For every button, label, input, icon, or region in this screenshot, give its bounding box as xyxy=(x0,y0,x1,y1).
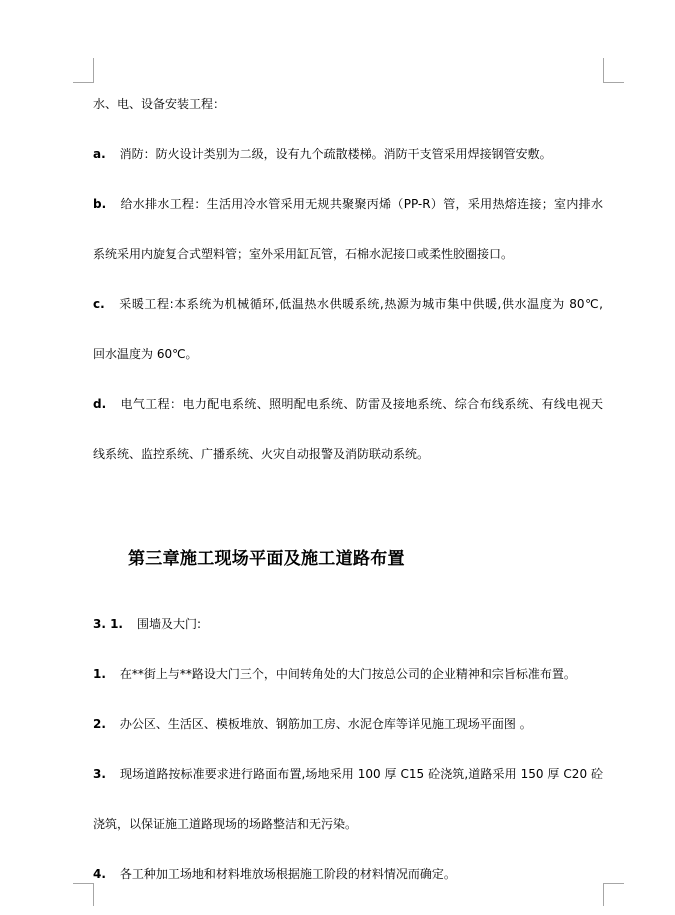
paragraph-line: 线系统、监控系统、广播系统、火灾自动报警及消防联动系统。 xyxy=(93,438,603,488)
paragraph-text: 线系统、监控系统、广播系统、火灾自动报警及消防联动系统。 xyxy=(93,447,429,461)
paragraph-text: 各工种加工场地和材料堆放场根据施工阶段的材料情况而确定。 xyxy=(120,867,456,881)
paragraph-line: 系统采用内旋复合式塑料管；室外采用缸瓦管，石棉水泥接口或柔性胶圈接口。 xyxy=(93,238,603,288)
paragraph-text: 给水排水工程：生活用冷水管采用无规共聚聚丙烯（PP-R）管，采用热熔连接；室内排… xyxy=(120,197,603,211)
paragraph-text: 电气工程：电力配电系统、照明配电系统、防雷及接地系统、综合布线系统、有线电视天 xyxy=(120,397,603,411)
list-marker: 3. xyxy=(93,767,106,781)
paragraph-line: 浇筑，以保证施工道路现场的场路整洁和无污染。 xyxy=(93,808,603,858)
paragraph-text: 围墙及大门: xyxy=(137,617,201,631)
list-marker: 2. xyxy=(93,717,106,731)
paragraph-text: 消防：防火设计类别为二级，设有九个疏散楼梯。消防干支管采用焊接钢管安敷。 xyxy=(120,147,552,161)
paragraph-text: 现场道路按标准要求进行路面布置,场地采用 100 厚 C15 砼浇筑,道路采用 … xyxy=(120,767,603,781)
list-marker: c. xyxy=(93,297,105,311)
paragraph-text: 办公区、生活区、模板堆放、钢筋加工房、水泥仓库等详见施工现场平面图 。 xyxy=(120,717,532,731)
paragraph-text: 浇筑，以保证施工道路现场的场路整洁和无污染。 xyxy=(93,817,357,831)
document-body: 水、电、设备安装工程： a.消防：防火设计类别为二级，设有九个疏散楼梯。消防干支… xyxy=(93,88,603,908)
crop-mark-bottom-left xyxy=(73,883,94,906)
list-marker: 4. xyxy=(93,867,106,881)
list-marker: b. xyxy=(93,197,106,211)
paragraph-text: 采暖工程:本系统为机械循环,低温热水供暖系统,热源为城市集中供暖,供水温度为 8… xyxy=(119,297,603,311)
paragraph-line: d.电气工程：电力配电系统、照明配电系统、防雷及接地系统、综合布线系统、有线电视… xyxy=(93,388,603,438)
paragraph-line: c.采暖工程:本系统为机械循环,低温热水供暖系统,热源为城市集中供暖,供水温度为… xyxy=(93,288,603,338)
paragraph-line: 1.在**街上与**路设大门三个，中间转角处的大门按总公司的企业精神和宗旨标准布… xyxy=(93,658,603,708)
paragraph-text: 回水温度为 60℃。 xyxy=(93,347,198,361)
chapter-heading: 第三章施工现场平面及施工道路布置 xyxy=(128,538,603,608)
paragraph-line: 回水温度为 60℃。 xyxy=(93,338,603,388)
paragraph-line: 2.办公区、生活区、模板堆放、钢筋加工房、水泥仓库等详见施工现场平面图 。 xyxy=(93,708,603,758)
list-marker: 1. xyxy=(93,667,106,681)
paragraph-line: 4.各工种加工场地和材料堆放场根据施工阶段的材料情况而确定。 xyxy=(93,858,603,908)
crop-mark-top-right xyxy=(603,58,624,83)
paragraph-text: 水、电、设备安装工程： xyxy=(93,97,225,111)
blank-line xyxy=(93,488,603,538)
paragraph-line: a.消防：防火设计类别为二级，设有九个疏散楼梯。消防干支管采用焊接钢管安敷。 xyxy=(93,138,603,188)
crop-mark-top-left xyxy=(73,58,94,83)
paragraph-line: 水、电、设备安装工程： xyxy=(93,88,603,138)
section-heading-line: 3. 1.围墙及大门: xyxy=(93,608,603,658)
paragraph-text: 系统采用内旋复合式塑料管；室外采用缸瓦管，石棉水泥接口或柔性胶圈接口。 xyxy=(93,247,513,261)
list-marker: d. xyxy=(93,397,106,411)
list-marker: a. xyxy=(93,147,106,161)
paragraph-line: 3.现场道路按标准要求进行路面布置,场地采用 100 厚 C15 砼浇筑,道路采… xyxy=(93,758,603,808)
crop-mark-bottom-right xyxy=(603,883,624,906)
paragraph-text: 在**街上与**路设大门三个，中间转角处的大门按总公司的企业精神和宗旨标准布置。 xyxy=(120,667,576,681)
paragraph-line: b.给水排水工程：生活用冷水管采用无规共聚聚丙烯（PP-R）管，采用热熔连接；室… xyxy=(93,188,603,238)
list-marker: 3. 1. xyxy=(93,617,123,631)
document-page: 水、电、设备安装工程： a.消防：防火设计类别为二级，设有九个疏散楼梯。消防干支… xyxy=(0,0,675,915)
